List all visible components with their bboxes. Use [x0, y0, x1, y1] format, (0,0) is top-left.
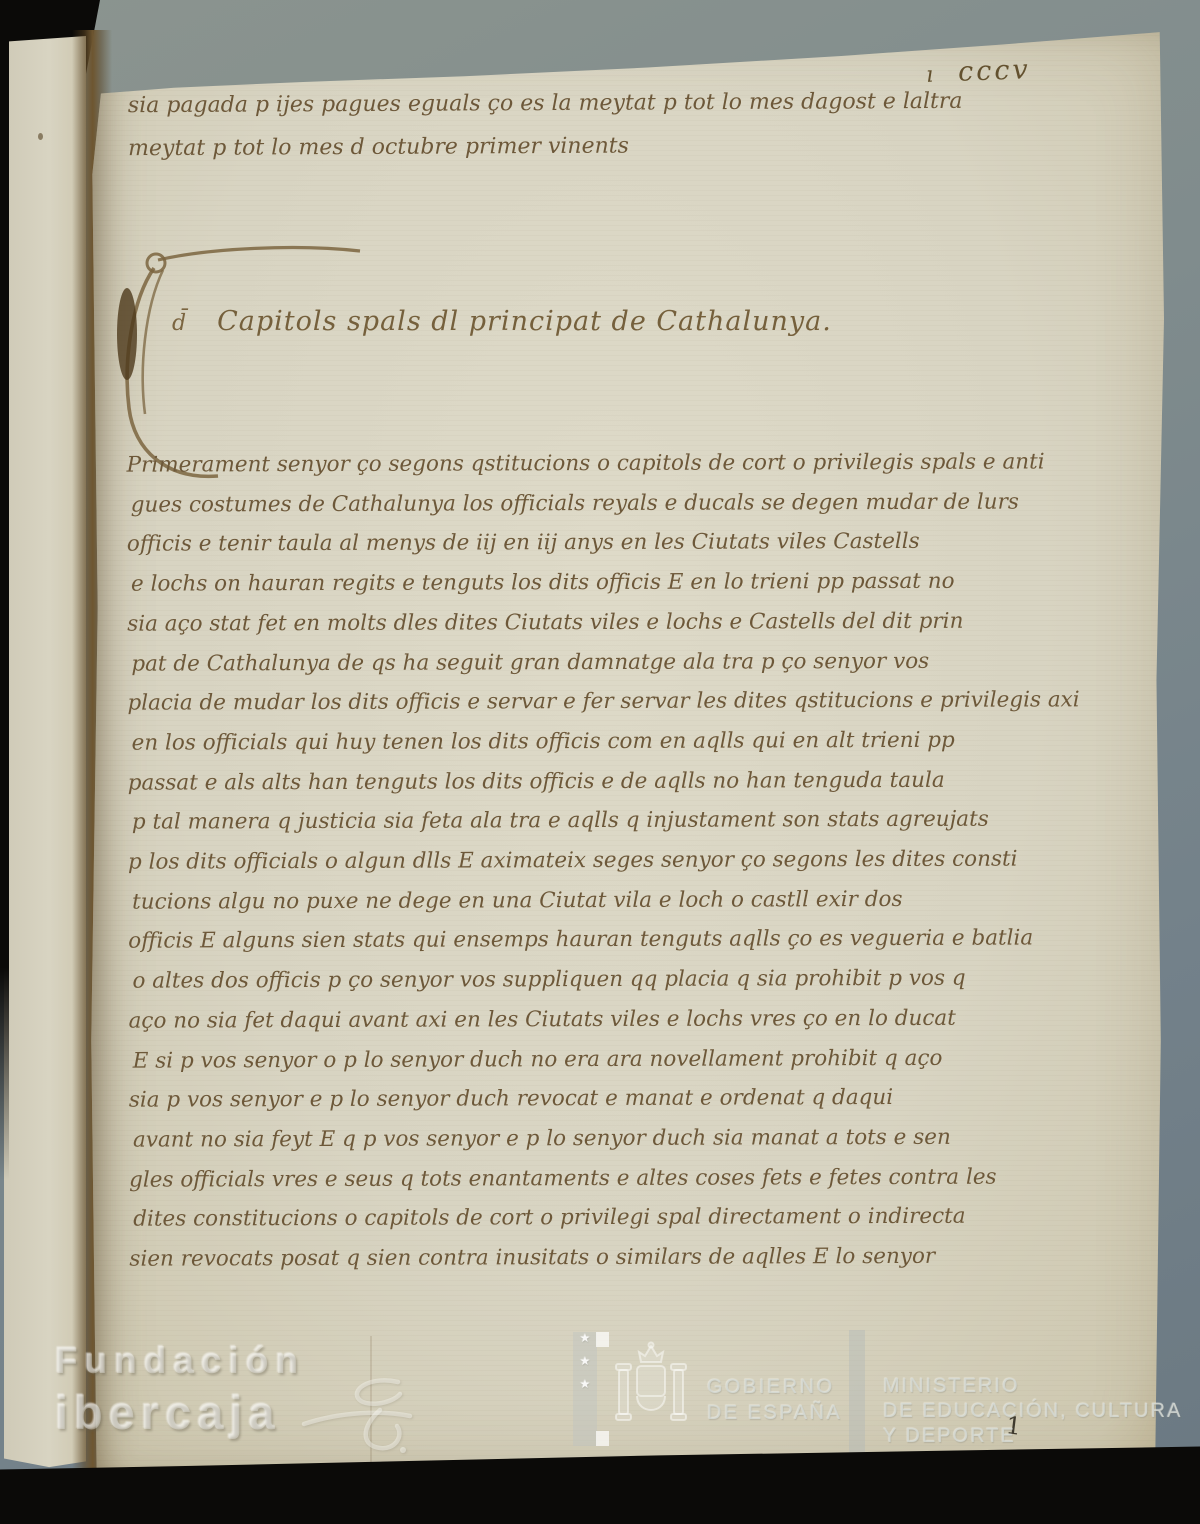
watermark-divider: [849, 1330, 865, 1456]
manuscript-line: E si p vos senyor o p lo senyor duch no …: [133, 1038, 1085, 1081]
manuscript-line: pat de Cathalunya de qs ha seguit gran d…: [131, 641, 1083, 684]
star-glyph: ★: [580, 1355, 591, 1367]
manuscript-line: p tal manera q justicia sia feta ala tra…: [132, 800, 1084, 843]
carryover-paragraph: sia pagada p ijes pagues eguals ço es la…: [128, 80, 963, 170]
manuscript-line: tucions algu no puxe ne dege en una Ciut…: [132, 879, 1084, 922]
manuscript-body: Primerament senyor ço segons qstitucions…: [127, 442, 1082, 1279]
stars-bar-notch: [596, 1332, 609, 1347]
manuscript-line: meytat p tot lo mes d octubre primer vin…: [128, 123, 963, 170]
ibercaja-name-label: ibercaja: [55, 1385, 305, 1440]
manuscript-line: Primerament senyor ço segons qstitucions…: [127, 442, 1079, 485]
manuscript-line: passat e als alts han tenguts los dits o…: [128, 760, 1080, 803]
manuscript-photo: ıcccv sia pagada p ijes pagues eguals ço…: [0, 0, 1200, 1524]
star-glyph: ★: [580, 1332, 591, 1344]
gobierno-line: GOBIERNO: [707, 1374, 843, 1400]
manuscript-line: sia pagada p ijes pagues eguals ço es la…: [128, 80, 963, 127]
watermark-ibercaja: Fundación ibercaja: [55, 1340, 305, 1440]
ministerio-label: MINISTERIO DE EDUCACIÓN, CULTURA Y DEPOR…: [883, 1374, 1182, 1449]
manuscript-line: en los officials qui huy tenen los dits …: [132, 720, 1084, 763]
manuscript-page: ıcccv sia pagada p ijes pagues eguals ço…: [88, 30, 1164, 1474]
eu-stars-icon: ★ ★ ★: [573, 1332, 597, 1446]
manuscript-line: e lochs on hauran regits e tenguts los d…: [131, 561, 1083, 604]
folio-value: cccv: [958, 54, 1032, 88]
ministerio-line: DE EDUCACIÓN, CULTURA: [883, 1399, 1182, 1424]
gobierno-line: DE ESPAÑA: [707, 1400, 843, 1426]
gobierno-label: GOBIERNO DE ESPAÑA: [707, 1374, 843, 1426]
manuscript-line: gues costumes de Cathalunya los official…: [131, 482, 1083, 525]
manuscript-line: gles officials vres e seus q tots enanta…: [129, 1157, 1081, 1200]
manuscript-line: avant no sia feyt E q p vos senyor e p l…: [133, 1117, 1085, 1160]
chapter-heading: d̄Capitols spals dl principat de Cathalu…: [172, 306, 832, 337]
manuscript-line: placia de mudar los dits officis e serva…: [127, 681, 1079, 724]
manuscript-line: officis e tenir taula al menys de iij en…: [127, 522, 1079, 565]
manuscript-line: sia aço stat fet en molts dles dites Ciu…: [127, 601, 1079, 644]
ink-speck: [38, 133, 43, 140]
manuscript-line: sien revocats posat q sien contra inusit…: [129, 1236, 1081, 1279]
heading-prefix-mark: d̄: [172, 311, 187, 336]
stars-bar-notch: [596, 1431, 609, 1446]
watermark-government: ★ ★ ★ GOBIERNO DE ESPAÑA: [565, 1330, 1165, 1456]
backdrop-black-left: [0, 0, 9, 1180]
heading-text: Capitols spals dl principat de Cathaluny…: [217, 306, 832, 337]
manuscript-line: officis E alguns sien stats qui ensemps …: [128, 919, 1080, 962]
manuscript-line: dites constitucions o capitols de cort o…: [133, 1197, 1085, 1240]
spain-coat-of-arms-icon: [613, 1340, 689, 1448]
ibercaja-foundation-label: Fundación: [55, 1340, 305, 1382]
manuscript-line: sia p vos senyor e p lo senyor duch revo…: [129, 1078, 1081, 1121]
ibercaja-logo-icon: [300, 1374, 416, 1456]
ministerio-line: MINISTERIO: [883, 1374, 1182, 1399]
manuscript-line: o altes dos officis p ço senyor vos supp…: [132, 958, 1084, 1001]
star-glyph: ★: [580, 1378, 591, 1390]
manuscript-line: p los dits officials o algun dlls E axim…: [128, 839, 1080, 882]
manuscript-line: aço no sia fet daqui avant axi en les Ci…: [128, 998, 1080, 1041]
ministerio-line: Y DEPORTE: [883, 1424, 1182, 1449]
